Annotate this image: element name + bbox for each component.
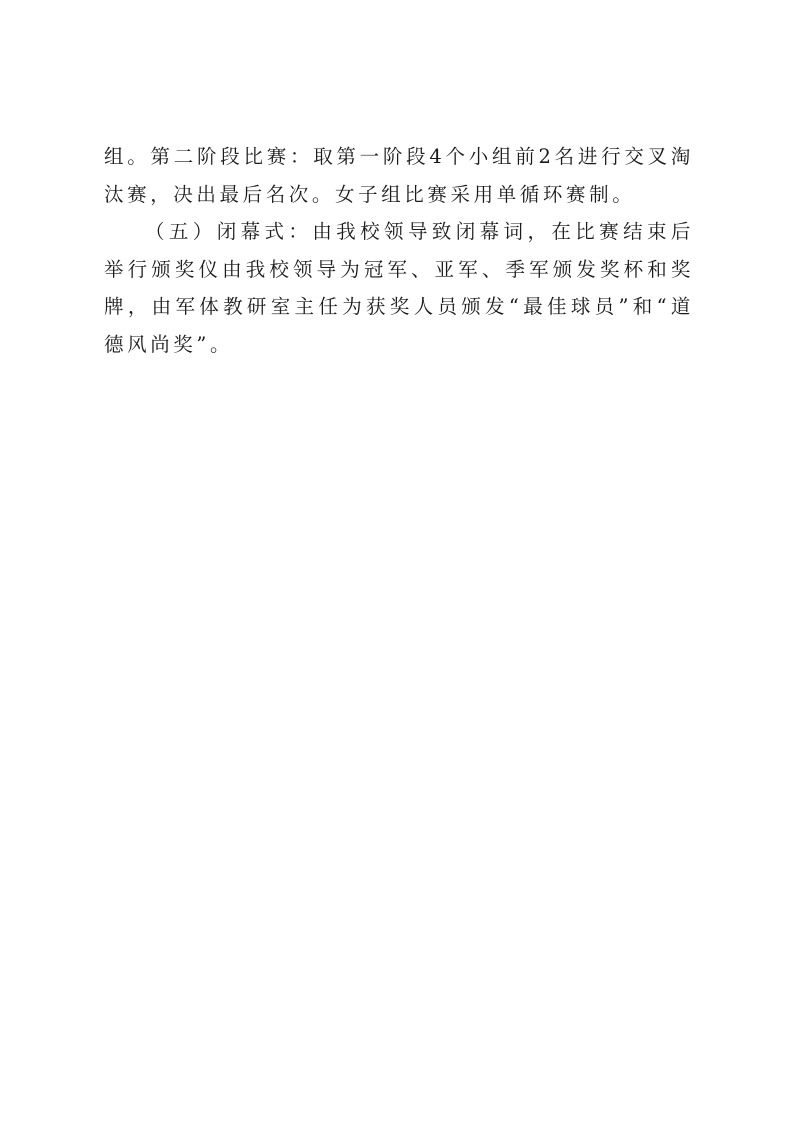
document-page: 组。第二阶段比赛：取第一阶段4个小组前2名进行交叉淘汰赛，决出最后名次。女子组比… bbox=[104, 138, 694, 363]
paragraph-competition-format: 组。第二阶段比赛：取第一阶段4个小组前2名进行交叉淘汰赛，决出最后名次。女子组比… bbox=[104, 138, 694, 213]
paragraph-closing-ceremony: （五）闭幕式：由我校领导致闭幕词，在比赛结束后举行颁奖仪由我校领导为冠军、亚军、… bbox=[104, 213, 694, 363]
